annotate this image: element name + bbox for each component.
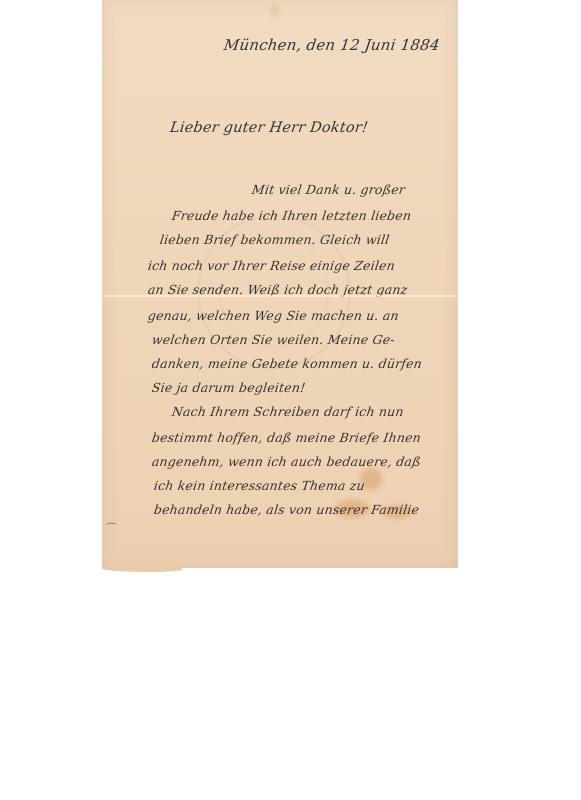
body-line: bestimmt hoffen, daß meine Briefe Ihnen [151,430,422,445]
body-line: Sie ja darum begleiten! [151,380,307,395]
body-line: Mit viel Dank u. großer [251,182,406,197]
body-line: genau, welchen Weg Sie machen u. an [147,308,400,323]
body-line: ich noch vor Ihrer Reise einige Zeilen [147,258,396,273]
body-line: Nach Ihrem Schreiben darf ich nun [171,404,405,419]
body-line: ich kein interessantes Thema zu [153,478,366,493]
torn-edge [102,566,182,572]
salutation: Lieber guter Herr Doktor! [169,120,369,136]
ink-stain [270,5,280,17]
body-line: behandeln habe, als von unserer Familie [153,502,420,517]
body-line: lieben Brief bekommen. Gleich will [159,232,391,247]
letter-page: München, den 12 Juni 1884 Lieber guter H… [102,0,458,568]
margin-mark: ⌒ [104,520,115,536]
body-line: an Sie senden. Weiß ich doch jetzt ganz [147,282,409,297]
body-line: Freude habe ich Ihren letzten lieben [171,208,412,223]
body-line: angenehm, wenn ich auch bedauere, daß [151,454,422,469]
dateline: München, den 12 Juni 1884 [223,36,441,54]
body-line: welchen Orten Sie weilen. Meine Ge- [151,332,396,347]
body-line: danken, meine Gebete kommen u. dürfen [151,356,423,371]
